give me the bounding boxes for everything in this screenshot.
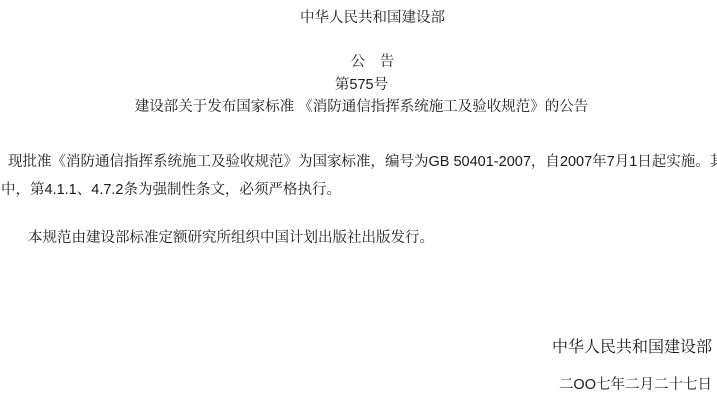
- signature-date: 二OO七年二月二十七日: [559, 373, 712, 394]
- document-ministry-title: 中华人民共和国建设部: [14, 6, 717, 27]
- announcement-label: 公 告: [14, 50, 717, 71]
- announcement-subject: 建设部关于发布国家标准 《消防通信指挥系统施工及验收规范》的公告: [3, 95, 717, 116]
- signature-ministry-name: 中华人民共和国建设部: [552, 334, 712, 357]
- body-paragraph2: 本规范由建设部标准定额研究所组织中国计划出版社出版发行。: [0, 226, 717, 247]
- body-paragraph1-line1: 现批准《消防通信指挥系统施工及验收规范》为国家标准，编号为GB 50401-20…: [0, 150, 717, 171]
- body-paragraph1-line2: 中，第4.1.1、4.7.2条为强制性条文，必须严格执行。: [0, 178, 717, 199]
- announcement-number: 第575号: [3, 73, 717, 94]
- announcement-document: 中华人民共和国建设部 公 告 第575号 建设部关于发布国家标准 《消防通信指挥…: [0, 0, 717, 395]
